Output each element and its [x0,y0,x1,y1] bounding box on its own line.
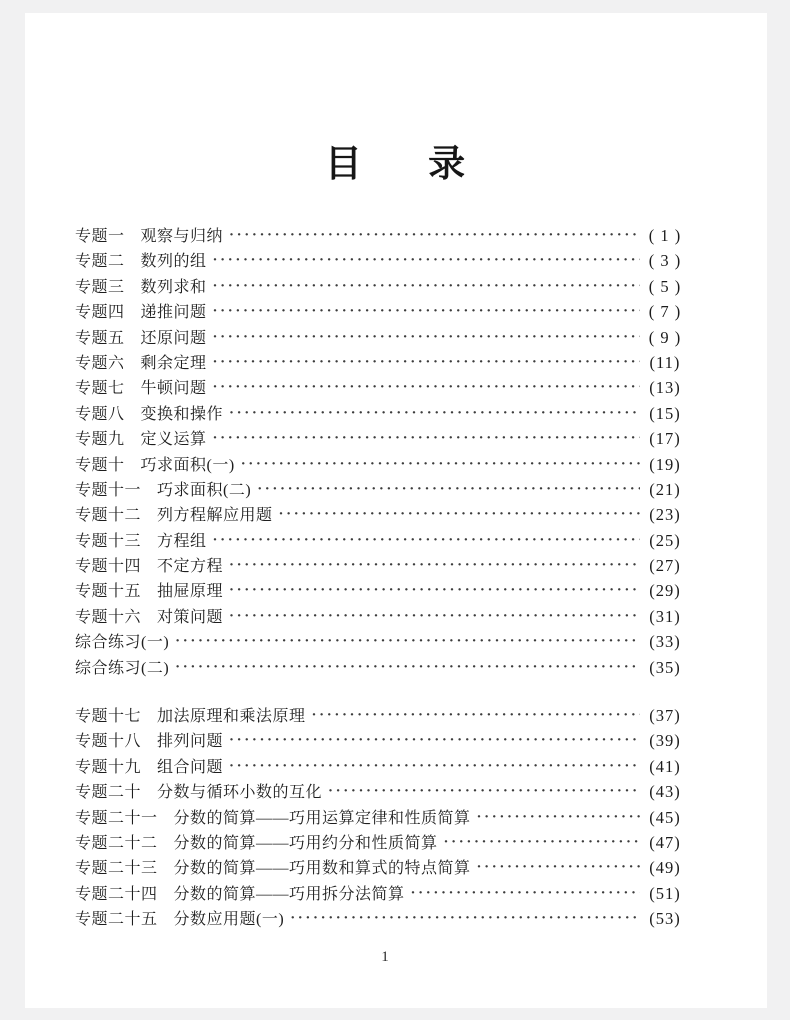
toc-entry-page: (23) [640,502,690,527]
toc-entry-page: (41) [640,754,690,779]
toc-entry-title: 数列求和 [141,275,207,300]
toc-entry-title: 加法原理和乘法原理 [157,704,306,729]
toc-entry-number: 专题二十二 [75,831,158,856]
toc-entry-title: 定义运算 [141,427,207,452]
toc-entry: 专题二十二 分数的简算——巧用约分和性质简算 (47) [75,830,690,855]
toc-entry-number: 专题八 [75,402,125,427]
toc-entry: 专题五 还原问题 ( 9 ) [75,325,690,350]
toc-entry-title: 递推问题 [141,300,207,325]
toc-entry: 专题十一 巧求面积(二) (21) [75,477,690,502]
toc-entry: 专题二十 分数与循环小数的互化 (43) [75,779,690,804]
toc-entry-number: 专题二十 [75,780,141,805]
toc-entry-page: (53) [640,906,690,931]
toc-entry-page: (43) [640,779,690,804]
dot-leader [207,274,640,299]
toc-entry-title: 还原问题 [141,326,207,351]
dot-leader [207,375,640,400]
toc-entry-number: 专题十 [75,453,125,478]
toc-entry-number: 综合练习(一) [75,630,169,655]
toc-entry-page: (31) [640,604,690,629]
toc-entry: 专题十三 方程组 (25) [75,528,690,553]
toc-entry-page: (27) [640,553,690,578]
dot-leader [169,629,640,654]
toc-entry-title: 分数的简算——巧用数和算式的特点简算 [174,856,471,881]
dot-leader [207,325,640,350]
toc-entry-title: 分数的简算——巧用约分和性质简算 [174,831,438,856]
toc-entry-title: 组合问题 [157,755,223,780]
toc-entry: 专题十二 列方程解应用题 (23) [75,502,690,527]
toc-entry: 专题二十五 分数应用题(一) (53) [75,906,690,931]
toc-entry-number: 专题五 [75,326,125,351]
toc-entry-page: (13) [640,375,690,400]
book-page: 目 录 专题一 观察与归纳 ( 1 ) 专题二 数列的组 ( 3 ) 专题三 数… [25,13,767,1008]
toc-entry-number: 专题三 [75,275,125,300]
dot-leader [235,452,640,477]
dot-leader [322,779,640,804]
toc-entry-page: (33) [640,629,690,654]
toc-entry-number: 专题十五 [75,579,141,604]
toc-entry-page: (49) [640,855,690,880]
toc-entry-number: 专题十一 [75,478,141,503]
toc-entry-title: 数列的组 [141,249,207,274]
toc-entry: 综合练习(一) (33) [75,629,690,654]
toc-entry: 专题二十一 分数的简算——巧用运算定律和性质简算 (45) [75,805,690,830]
toc-entry-number: 综合练习(二) [75,656,169,681]
toc-entry: 专题四 递推问题 ( 7 ) [75,299,690,324]
toc-entry: 专题十九 组合问题 (41) [75,754,690,779]
toc-entry-number: 专题七 [75,376,125,401]
dot-leader [471,805,640,830]
toc-entry: 专题二 数列的组 ( 3 ) [75,248,690,273]
dot-leader [223,401,640,426]
toc-entry-title: 抽屉原理 [157,579,223,604]
dot-leader [223,728,640,753]
page-title: 目 录 [25,143,767,185]
toc-entry-title: 排列问题 [157,729,223,754]
toc-entry-page: (25) [640,528,690,553]
toc-entry-number: 专题十九 [75,755,141,780]
dot-leader [223,604,640,629]
dot-leader [471,855,640,880]
toc-entry: 专题二十四 分数的简算——巧用拆分法简算 (51) [75,881,690,906]
dot-leader [223,223,640,248]
toc-entry-number: 专题六 [75,351,125,376]
toc-entry-page: ( 1 ) [640,223,690,248]
dot-leader [223,578,640,603]
toc-entry-page: ( 3 ) [640,248,690,273]
toc-entry-title: 巧求面积(一) [141,453,235,478]
dot-leader [207,528,640,553]
toc-list: 专题一 观察与归纳 ( 1 ) 专题二 数列的组 ( 3 ) 专题三 数列求和 … [75,223,690,932]
toc-entry: 综合练习(二) (35) [75,655,690,680]
toc-entry: 专题十六 对策问题 (31) [75,604,690,629]
toc-entry-page: (45) [640,805,690,830]
toc-entry: 专题六 剩余定理 (11) [75,350,690,375]
toc-entry-number: 专题十二 [75,503,141,528]
toc-entry-number: 专题二十一 [75,806,158,831]
toc-entry: 专题十 巧求面积(一) (19) [75,452,690,477]
toc-entry-title: 分数与循环小数的互化 [157,780,322,805]
dot-leader [223,754,640,779]
toc-entry: 专题九 定义运算 (17) [75,426,690,451]
toc-entry-title: 分数的简算——巧用运算定律和性质简算 [174,806,471,831]
dot-leader [251,477,640,502]
toc-entry-number: 专题十四 [75,554,141,579]
footer-page-number: 1 [25,949,745,966]
dot-leader [207,299,640,324]
toc-entry-page: (15) [640,401,690,426]
toc-entry-title: 对策问题 [157,605,223,630]
dot-leader [405,881,640,906]
toc-entry-title: 变换和操作 [141,402,224,427]
dot-leader [306,703,640,728]
toc-section: 专题十七 加法原理和乘法原理 (37) 专题十八 排列问题 (39) 专题十九 … [75,703,690,932]
toc-entry-title: 剩余定理 [141,351,207,376]
toc-entry-number: 专题二十五 [75,907,158,932]
toc-entry-page: ( 9 ) [640,325,690,350]
dot-leader [273,502,640,527]
dot-leader [438,830,640,855]
toc-entry-number: 专题四 [75,300,125,325]
toc-entry: 专题八 变换和操作 (15) [75,401,690,426]
toc-entry: 专题十八 排列问题 (39) [75,728,690,753]
dot-leader [284,906,640,931]
toc-entry-number: 专题一 [75,224,125,249]
toc-entry-number: 专题二 [75,249,125,274]
toc-entry-page: (11) [640,350,690,375]
toc-entry: 专题十五 抽屉原理 (29) [75,578,690,603]
dot-leader [207,426,640,451]
toc-entry-title: 列方程解应用题 [157,503,273,528]
dot-leader [169,655,640,680]
toc-entry-title: 牛顿问题 [141,376,207,401]
toc-entry-page: (29) [640,578,690,603]
toc-entry-number: 专题十六 [75,605,141,630]
toc-entry-page: (17) [640,426,690,451]
toc-entry-title: 不定方程 [157,554,223,579]
toc-entry-page: ( 7 ) [640,299,690,324]
toc-entry-number: 专题二十四 [75,882,158,907]
toc-entry-page: (21) [640,477,690,502]
toc-entry-page: (19) [640,452,690,477]
toc-entry-number: 专题九 [75,427,125,452]
toc-entry-number: 专题十八 [75,729,141,754]
toc-entry-number: 专题二十三 [75,856,158,881]
toc-entry: 专题七 牛顿问题 (13) [75,375,690,400]
toc-entry-page: (35) [640,655,690,680]
toc-entry-page: (37) [640,703,690,728]
toc-entry-page: (39) [640,728,690,753]
dot-leader [223,553,640,578]
toc-entry-number: 专题十三 [75,529,141,554]
toc-entry: 专题十四 不定方程 (27) [75,553,690,578]
dot-leader [207,248,640,273]
toc-entry-title: 巧求面积(二) [157,478,251,503]
toc-entry-page: ( 5 ) [640,274,690,299]
toc-entry-page: (51) [640,881,690,906]
toc-entry-title: 分数应用题(一) [174,907,285,932]
toc-entry-title: 方程组 [157,529,207,554]
dot-leader [207,350,640,375]
toc-section: 专题一 观察与归纳 ( 1 ) 专题二 数列的组 ( 3 ) 专题三 数列求和 … [75,223,690,680]
toc-entry-title: 观察与归纳 [141,224,224,249]
toc-entry-number: 专题十七 [75,704,141,729]
toc-entry-title: 分数的简算——巧用拆分法简算 [174,882,405,907]
toc-entry: 专题三 数列求和 ( 5 ) [75,274,690,299]
toc-entry-page: (47) [640,830,690,855]
toc-entry: 专题一 观察与归纳 ( 1 ) [75,223,690,248]
toc-entry: 专题二十三 分数的简算——巧用数和算式的特点简算 (49) [75,855,690,880]
toc-entry: 专题十七 加法原理和乘法原理 (37) [75,703,690,728]
